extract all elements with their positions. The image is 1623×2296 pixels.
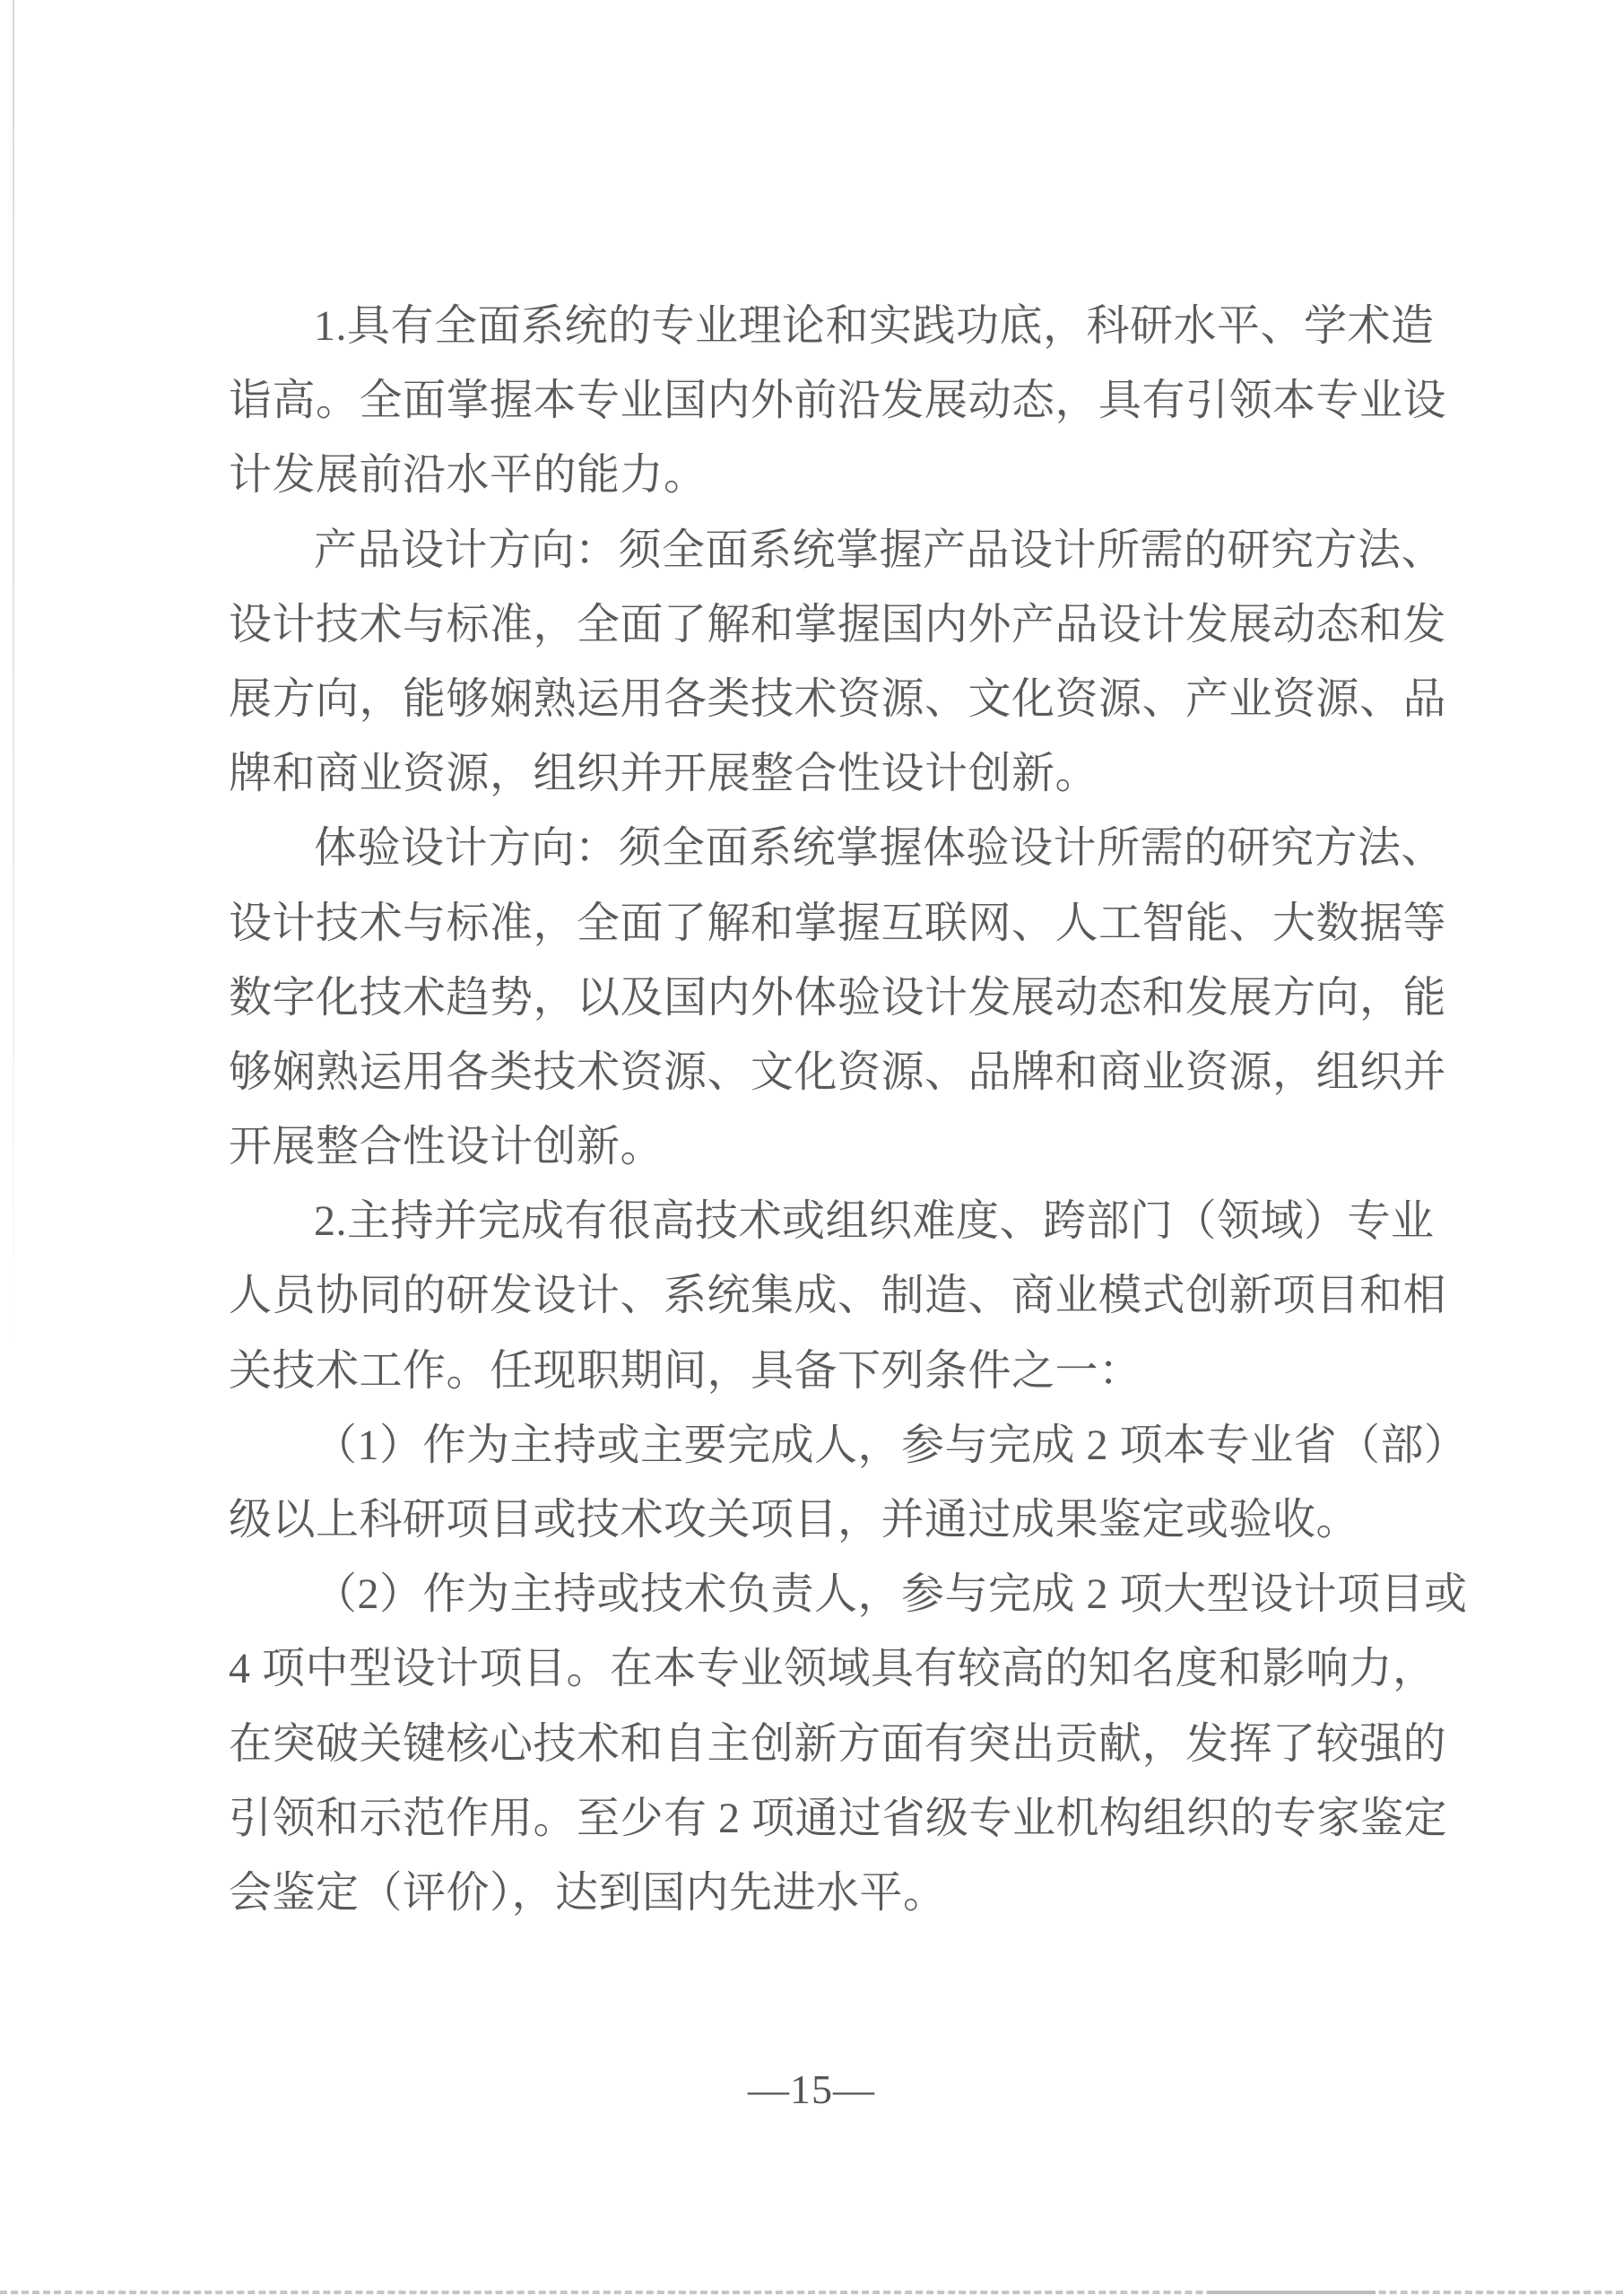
text-line-p4-l1: 2.主持并完成有很高技术或组织难度、跨部门（领域）专业 xyxy=(229,1184,1439,1258)
text-line-p2-l2: 设计技术与标准，全面了解和掌握国内外产品设计发展动态和发 xyxy=(229,587,1439,662)
text-line-p6-l5: 会鉴定（评价），达到国内先进水平。 xyxy=(229,1856,1439,1930)
text-line-p1-l3: 计发展前沿水平的能力。 xyxy=(229,438,1439,512)
text-line-p6-l2: 4 项中型设计项目。在本专业领域具有较高的知名度和影响力， xyxy=(229,1631,1439,1706)
document-text-block: 1.具有全面系统的专业理论和实践功底，科研水平、学术造诣高。全面掌握本专业国内外… xyxy=(229,289,1439,1930)
text-line-p4-l3: 关技术工作。任现职期间，具备下列条件之一： xyxy=(229,1334,1439,1408)
text-line-p3-l1: 体验设计方向：须全面系统掌握体验设计所需的研究方法、 xyxy=(229,811,1439,885)
text-line-p5-l2: 级以上科研项目或技术攻关项目，并通过成果鉴定或验收。 xyxy=(229,1483,1439,1557)
text-line-p2-l4: 牌和商业资源，组织并开展整合性设计创新。 xyxy=(229,736,1439,811)
text-line-p3-l3: 数字化技术趋势，以及国内外体验设计发展动态和发展方向，能 xyxy=(229,961,1439,1035)
text-line-p5-l1: （1）作为主持或主要完成人，参与完成 2 项本专业省（部） xyxy=(229,1408,1439,1483)
document-page: 1.具有全面系统的专业理论和实践功底，科研水平、学术造诣高。全面掌握本专业国内外… xyxy=(0,0,1623,2296)
page-number: —15— xyxy=(0,2054,1623,2126)
text-line-p6-l3: 在突破关键核心技术和自主创新方面有突出贡献，发挥了较强的 xyxy=(229,1707,1439,1781)
text-line-p6-l4: 引领和示范作用。至少有 2 项通过省级专业机构组织的专家鉴定 xyxy=(229,1781,1439,1856)
scan-artifact-bottom-dashed-line xyxy=(0,2291,1623,2294)
text-line-p1-l2: 诣高。全面掌握本专业国内外前沿发展动态，具有引领本专业设 xyxy=(229,363,1439,438)
text-line-p1-l1: 1.具有全面系统的专业理论和实践功底，科研水平、学术造 xyxy=(229,289,1439,363)
text-line-p3-l2: 设计技术与标准，全面了解和掌握互联网、人工智能、大数据等 xyxy=(229,886,1439,961)
scan-artifact-bottom-solid-segment xyxy=(1209,2291,1376,2294)
text-line-p4-l2: 人员协同的研发设计、系统集成、制造、商业模式创新项目和相 xyxy=(229,1258,1439,1333)
text-line-p2-l1: 产品设计方向：须全面系统掌握产品设计所需的研究方法、 xyxy=(229,513,1439,587)
text-line-p2-l3: 展方向，能够娴熟运用各类技术资源、文化资源、产业资源、品 xyxy=(229,662,1439,736)
text-line-p3-l5: 开展整合性设计创新。 xyxy=(229,1109,1439,1184)
text-line-p6-l1: （2）作为主持或技术负责人，参与完成 2 项大型设计项目或 xyxy=(229,1557,1439,1631)
scan-artifact-left-line xyxy=(13,0,14,1345)
text-line-p3-l4: 够娴熟运用各类技术资源、文化资源、品牌和商业资源，组织并 xyxy=(229,1035,1439,1109)
